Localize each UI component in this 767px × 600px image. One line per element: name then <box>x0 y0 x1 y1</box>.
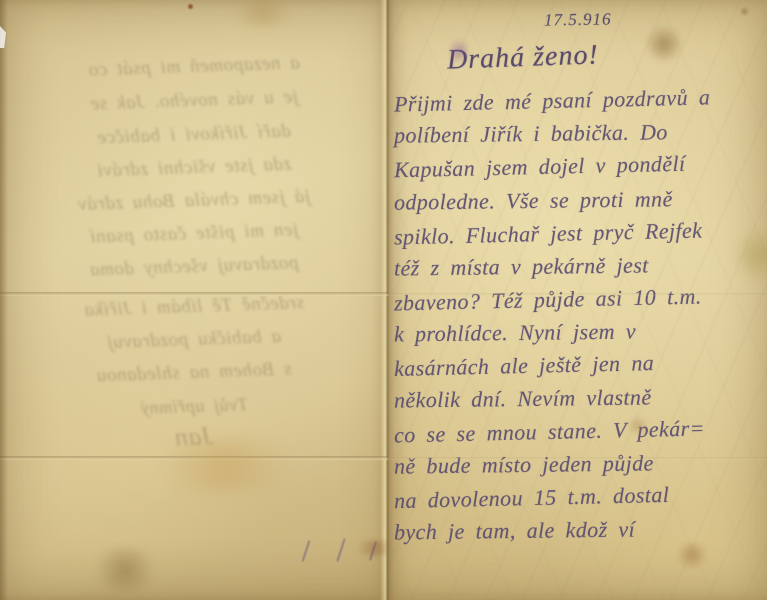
letter-date: 17.5.916 <box>544 9 612 30</box>
letter-body-line: též z místa v pekárně jest <box>394 252 649 281</box>
letter-page-left: a nezapomeň mi psát co je u vás nového. … <box>0 0 388 600</box>
bleedthrough-line: jen mi pište často psaní <box>26 217 363 251</box>
bleedthrough-line: zda jste všichni zdrávi <box>26 151 363 185</box>
bleedthrough-line: a babičku pozdravuj <box>26 323 363 357</box>
letter-body-line: odpoledne. Vše se proti mně <box>394 186 673 215</box>
letter-salutation: Drahá ženo! <box>446 39 599 76</box>
bleedthrough-signature: Jan <box>26 416 363 458</box>
horizontal-fold-crease <box>0 456 388 460</box>
bleedthrough-line: s Bohem na shledanou <box>26 356 363 390</box>
letter-photo: a nezapomeň mi psát co je u vás nového. … <box>0 0 767 600</box>
letter-body-line: políbení Jiřík i babička. Do <box>394 119 668 148</box>
bleedthrough-line: daří Jiříkovi i babičce <box>26 118 363 152</box>
horizontal-fold-crease <box>0 292 388 296</box>
bleedthrough-line: pozdravuj všechny doma <box>26 250 363 284</box>
letter-body-line: několik dní. Nevím vlastně <box>394 384 652 413</box>
letter-body-line: ně bude místo jeden půjde <box>394 450 654 479</box>
paper-left-edge <box>0 0 8 600</box>
horizontal-fold-crease <box>388 457 767 460</box>
bleedthrough-line: já jsem chvála Bohu zdráv <box>26 184 363 218</box>
horizontal-fold-crease <box>388 293 767 296</box>
letter-body-line: bych je tam, ale kdož ví <box>394 517 635 546</box>
bleedthrough-line: je u vás nového. Jak se <box>26 84 363 118</box>
letter-body-line: k prohlídce. Nyní jsem v <box>394 319 636 348</box>
center-fold-crease <box>380 0 394 600</box>
bleedthrough-line: a nezapomeň mi psát co <box>26 50 363 84</box>
